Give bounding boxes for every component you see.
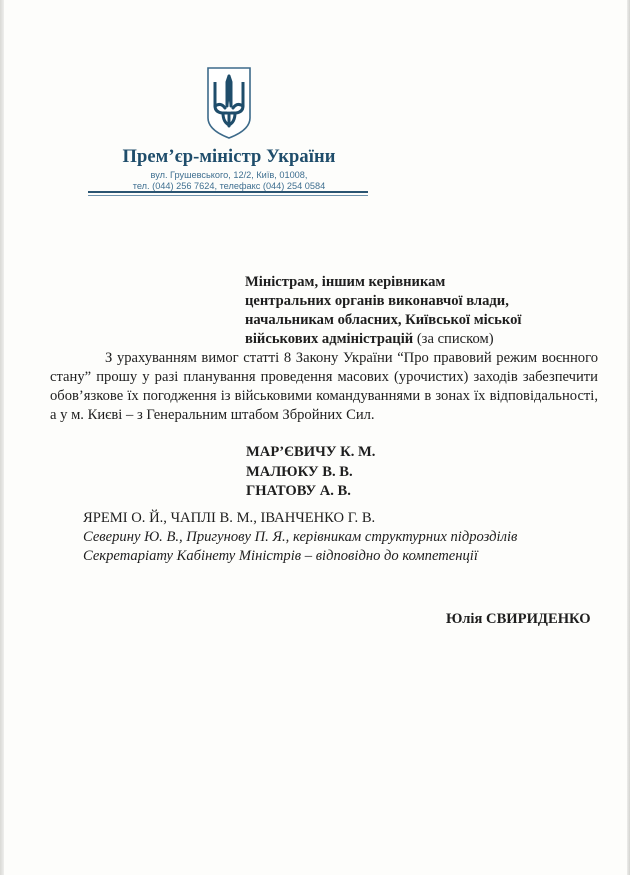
letterhead-rule-thick — [88, 191, 368, 193]
page-edge-left — [0, 0, 4, 875]
letterhead-rule-thin — [88, 195, 368, 196]
addressee-line: начальникам обласних, Київської міської — [245, 311, 585, 330]
resolution-name: МАЛЮКУ В. В. — [246, 463, 375, 483]
letterhead: Прем’єр-міністр України вул. Грушевськог… — [88, 66, 370, 192]
addressee-bold-part: військових адміністрацій — [245, 331, 413, 347]
addressee-line: центральних органів виконавчої влади, — [245, 292, 585, 311]
office-address: вул. Грушевського, 12/2, Київ, 01008, те… — [88, 170, 370, 192]
copies-block: ЯРЕМІ О. Й., ЧАПЛІ В. М., ІВАНЧЕНКО Г. В… — [83, 509, 517, 566]
copies-secondary: Северину Ю. В., Пригунову П. Я., керівни… — [83, 528, 517, 547]
copies-recipients: ЯРЕМІ О. Й., ЧАПЛІ В. М., ІВАНЧЕНКО Г. В… — [83, 509, 517, 528]
signature-name: Юлія СВИРИДЕНКО — [446, 611, 591, 628]
copies-secondary: Секретаріату Кабінету Міністрів – відпов… — [83, 547, 517, 566]
resolution-name: МАР’ЄВИЧУ К. М. — [246, 443, 375, 463]
resolution-block: МАР’ЄВИЧУ К. М. МАЛЮКУ В. В. ГНАТОВУ А. … — [246, 443, 375, 502]
addressee-block: Міністрам, іншим керівникам центральних … — [245, 273, 585, 349]
address-street: вул. Грушевського, 12/2, Київ, 01008, — [88, 170, 370, 181]
tryzub-coat-of-arms-icon — [206, 66, 252, 140]
letter-body-paragraph: З урахуванням вимог статті 8 Закону Укра… — [50, 349, 598, 425]
office-title: Прем’єр-міністр України — [88, 147, 370, 167]
addressee-line: військових адміністрацій (за списком) — [245, 330, 585, 349]
addressee-note: (за списком) — [413, 331, 493, 347]
addressee-line: Міністрам, іншим керівникам — [245, 273, 585, 292]
resolution-name: ГНАТОВУ А. В. — [246, 482, 375, 502]
